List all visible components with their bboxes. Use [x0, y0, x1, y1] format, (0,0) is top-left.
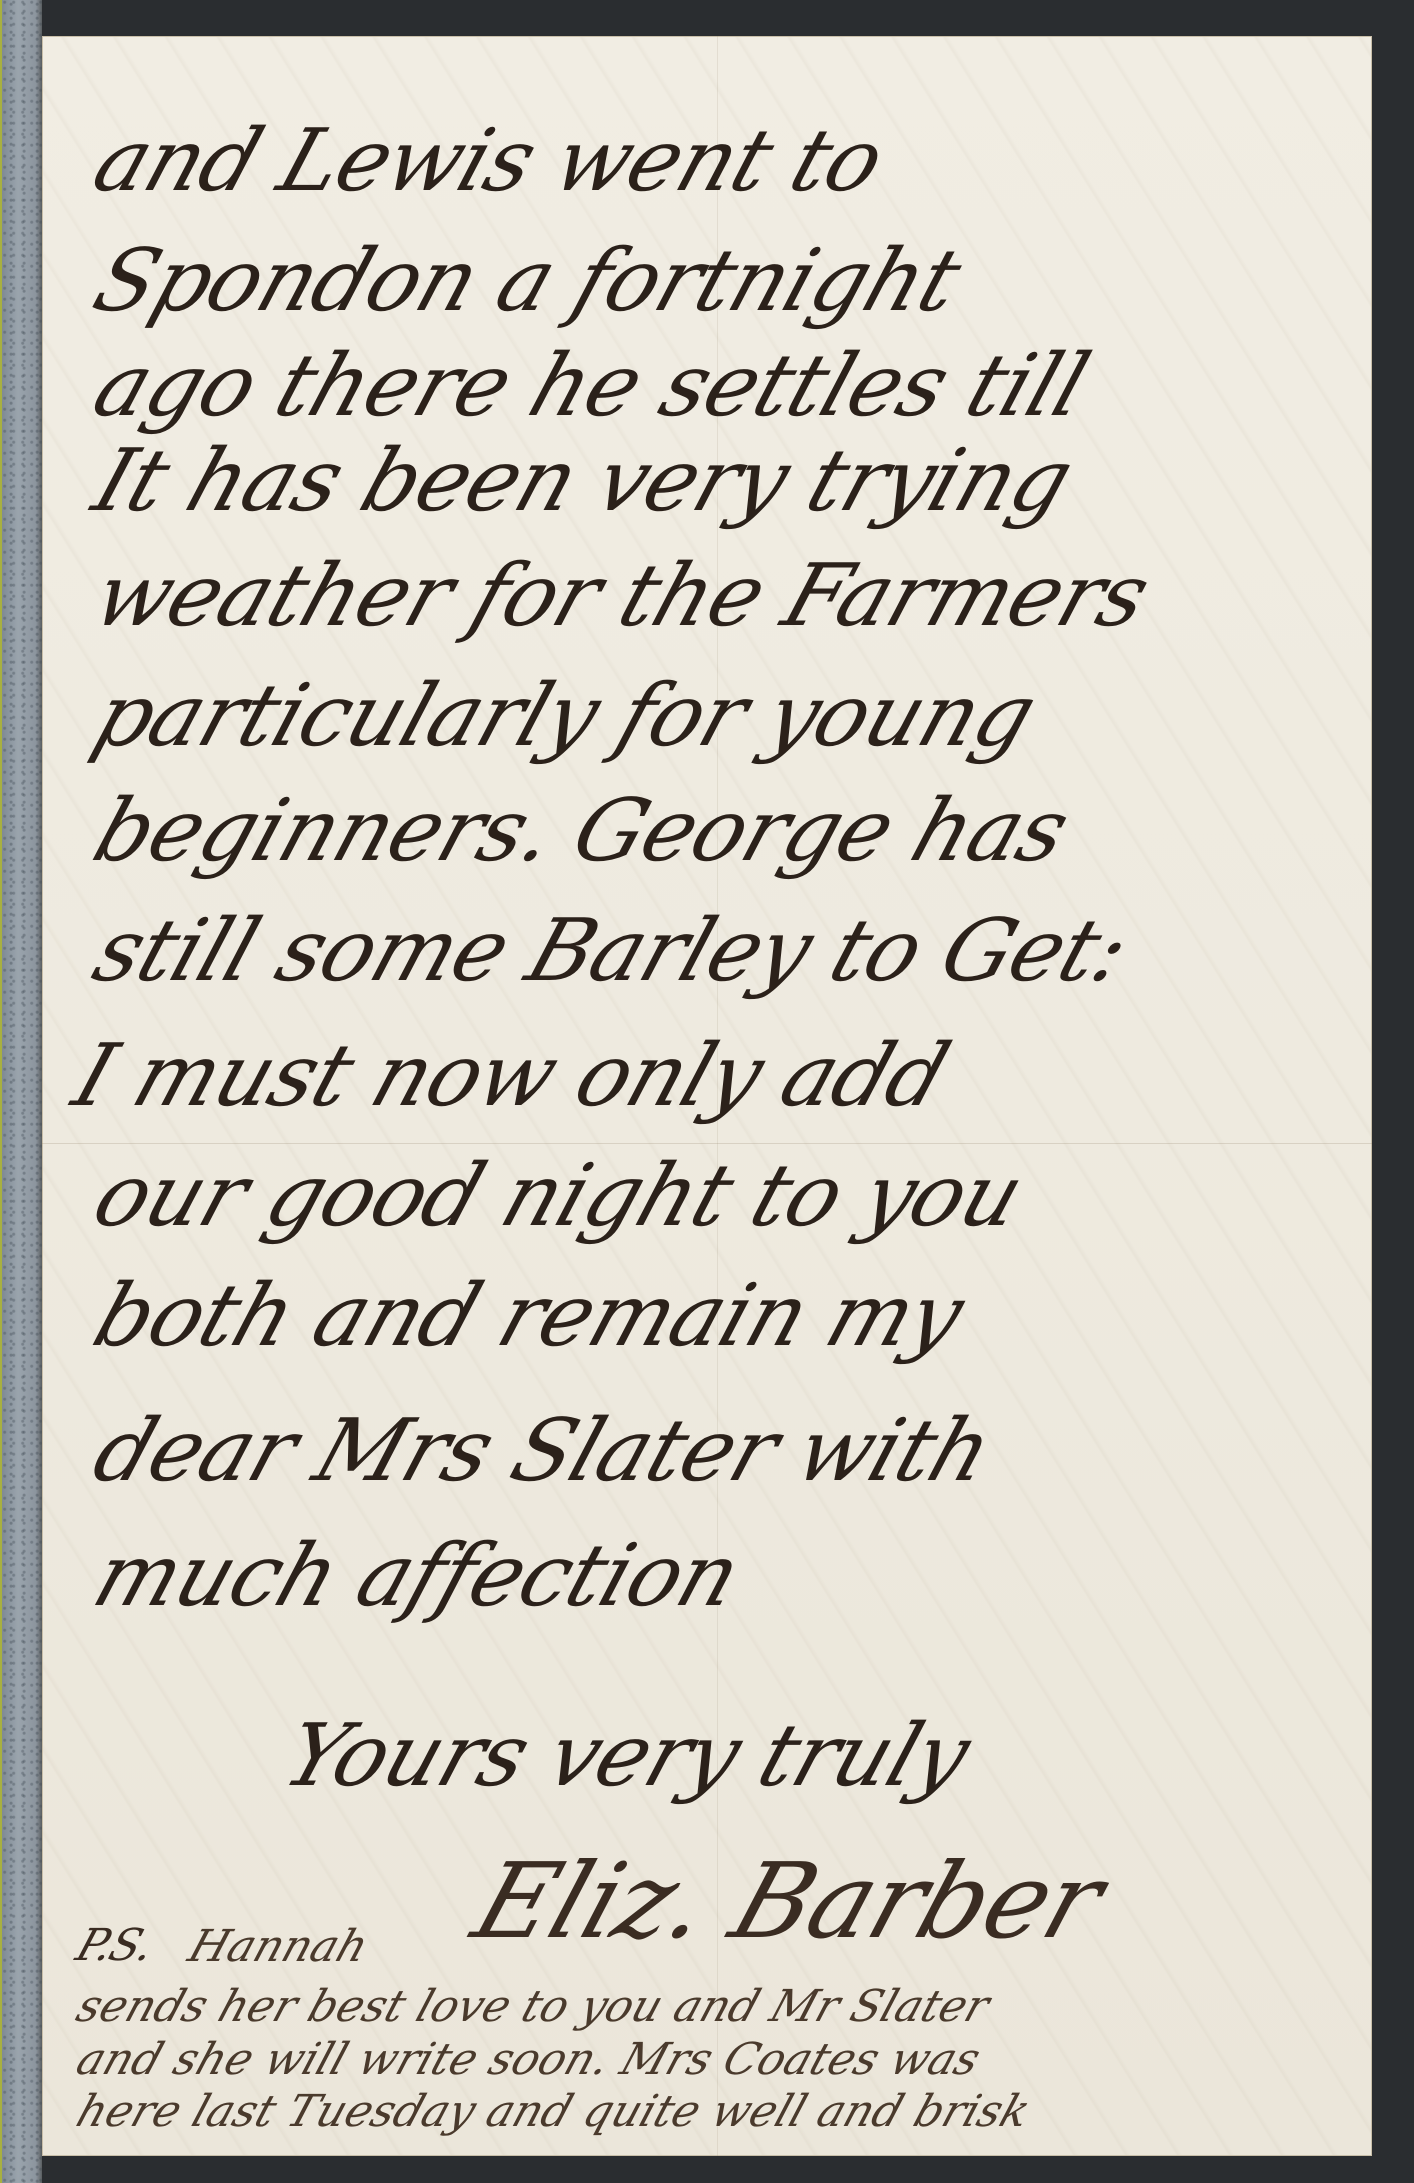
postscript-line-3: here last Tuesday and quite well and bri…	[70, 2086, 1037, 2138]
letter-line-4: It has been very trying	[82, 431, 1084, 531]
postscript-line-2: and she will write soon. Mrs Coates was	[70, 2034, 987, 2086]
letter-page: and Lewis went to Spondon a fortnight ag…	[42, 36, 1372, 2156]
letter-line-3: ago there he settles till	[82, 336, 1100, 436]
letter-line-10: our good night to you	[82, 1146, 1035, 1246]
letter-line-8: still some Barley to Get:	[82, 901, 1140, 1001]
letter-line-2: Spondon a fortnight	[82, 231, 972, 331]
postscript-label: P.S.	[70, 1921, 159, 1971]
letter-line-12: dear Mrs Slater with	[82, 1401, 1003, 1501]
letter-line-9: I must now only add	[62, 1026, 960, 1126]
letter-line-13: much affection	[82, 1526, 752, 1626]
horizontal-fold-crease	[42, 1143, 1372, 1144]
letter-line-7: beginners. George has	[82, 781, 1080, 881]
signature: Eliz. Barber	[462, 1846, 1115, 1956]
letter-line-1: and Lewis went to	[82, 111, 895, 211]
postscript-line-1: sends her best love to you and Mr Slater	[70, 1981, 996, 2033]
binding-strip	[0, 0, 42, 2183]
postscript-name: Hannah	[182, 1921, 375, 1973]
letter-line-11: both and remain my	[82, 1266, 975, 1366]
closing-salutation: Yours very truly	[272, 1706, 981, 1806]
letter-line-5: weather for the Farmers	[82, 546, 1161, 646]
letter-line-6: particularly for young	[82, 666, 1047, 766]
